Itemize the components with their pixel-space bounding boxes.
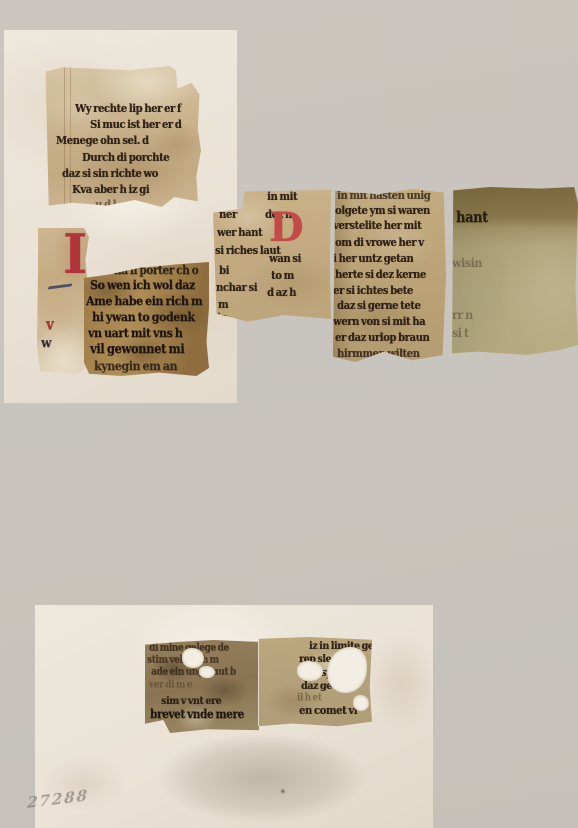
parchment-hole	[353, 695, 369, 711]
photograph-canvas: Wy rechte lip her er f Si muc ist her er…	[0, 0, 578, 828]
fragment-bottom-right-piece: iz in limite ge rep slechtin Di sprach d…	[258, 637, 372, 729]
manuscript-text-line: ade ein ungemut b	[151, 668, 236, 678]
manuscript-text-line: daz si gerne tete	[337, 301, 420, 312]
manuscript-text-line: hirmmen wilten	[337, 349, 419, 360]
manuscript-text-line: olgete ym si waren	[335, 206, 430, 217]
manuscript-text-line: Ame habe ein rich m	[86, 295, 202, 307]
manuscript-text-line: Durch di porchte	[82, 153, 169, 164]
manuscript-text-line: sim v vnt ere	[161, 696, 221, 707]
parchment-hole	[182, 648, 204, 668]
manuscript-text-line: rr n	[452, 309, 473, 321]
manuscript-text-line: daz si sin richte wo	[62, 169, 158, 180]
manuscript-text-line: kynegin em an	[94, 360, 177, 372]
manuscript-text-line: bi	[219, 266, 229, 277]
manuscript-text-line: en comet vi	[299, 706, 357, 717]
rubric-initial: D	[269, 204, 304, 251]
fragment-dense-text: in mit hasten unig olgete ym si waren ve…	[333, 189, 446, 362]
manuscript-text-line: in mit	[267, 192, 297, 203]
rubric-mark: v	[46, 318, 53, 333]
manuscript-text-line: hi ywan to godenk	[92, 311, 195, 323]
manuscript-text-line: to m	[271, 271, 294, 282]
manuscript-text-line: m	[218, 300, 228, 311]
rubric-initial: I	[63, 222, 87, 286]
manuscript-text-line: er si ichtes bete	[333, 286, 413, 297]
fragment-faded: hant wisin rr n si t	[452, 187, 578, 355]
fragment-dark-brown: na il porter ch o So wen ich wol daz Ame…	[84, 262, 209, 376]
manuscript-text-line: er daz urlop braun	[335, 333, 429, 344]
fragment-strip-with-initial: I v w	[37, 228, 89, 374]
manuscript-text-line: d az h	[267, 288, 296, 299]
manuscript-text-line: verstelite her mit	[333, 221, 421, 232]
manuscript-text-line: Menege ohn sel. d	[56, 136, 149, 147]
manuscript-text-line: il h et	[297, 694, 322, 704]
parchment-hole	[327, 647, 367, 693]
manuscript-text-line: Wy rechte lip her er f	[75, 104, 181, 115]
manuscript-text-line: si t	[452, 327, 469, 339]
manuscript-text-line: wan si	[269, 254, 301, 265]
manuscript-text-line: wisin	[452, 257, 482, 269]
manuscript-text-line: ner	[219, 210, 237, 221]
parchment-hole	[297, 661, 323, 681]
manuscript-text-line: i her untz getan	[333, 254, 413, 265]
ink-mark: w	[41, 336, 51, 349]
fragment-bottom-left-piece: di mine gelege de stim veh nich m ade ei…	[145, 640, 259, 733]
manuscript-text-line: om di vrowe her v	[335, 238, 424, 249]
manuscript-text-line: ver di m e	[149, 681, 192, 691]
manuscript-text-line: nchar si	[216, 283, 257, 294]
manuscript-text-line: vil gewonnet mi	[90, 343, 184, 356]
manuscript-text-line: wer hant	[217, 228, 262, 239]
manuscript-text-line: wern von si mit ha	[333, 317, 425, 328]
manuscript-text-line: brevet vnde mere	[150, 709, 244, 721]
manuscript-text-line: Si muc ist her er d	[90, 120, 181, 131]
parchment-hole	[199, 666, 215, 678]
manuscript-text-line: Kva aber h iz gi	[72, 185, 149, 196]
manuscript-text-line: hant	[456, 211, 488, 226]
water-stain	[135, 723, 390, 828]
manuscript-text-line: vn uart mit vns h	[88, 327, 182, 339]
manuscript-text-line: in mit hasten unig	[337, 191, 430, 202]
manuscript-text-line: So wen ich wol daz	[90, 279, 195, 291]
manuscript-text-line: herte si dez kerne	[335, 270, 426, 281]
